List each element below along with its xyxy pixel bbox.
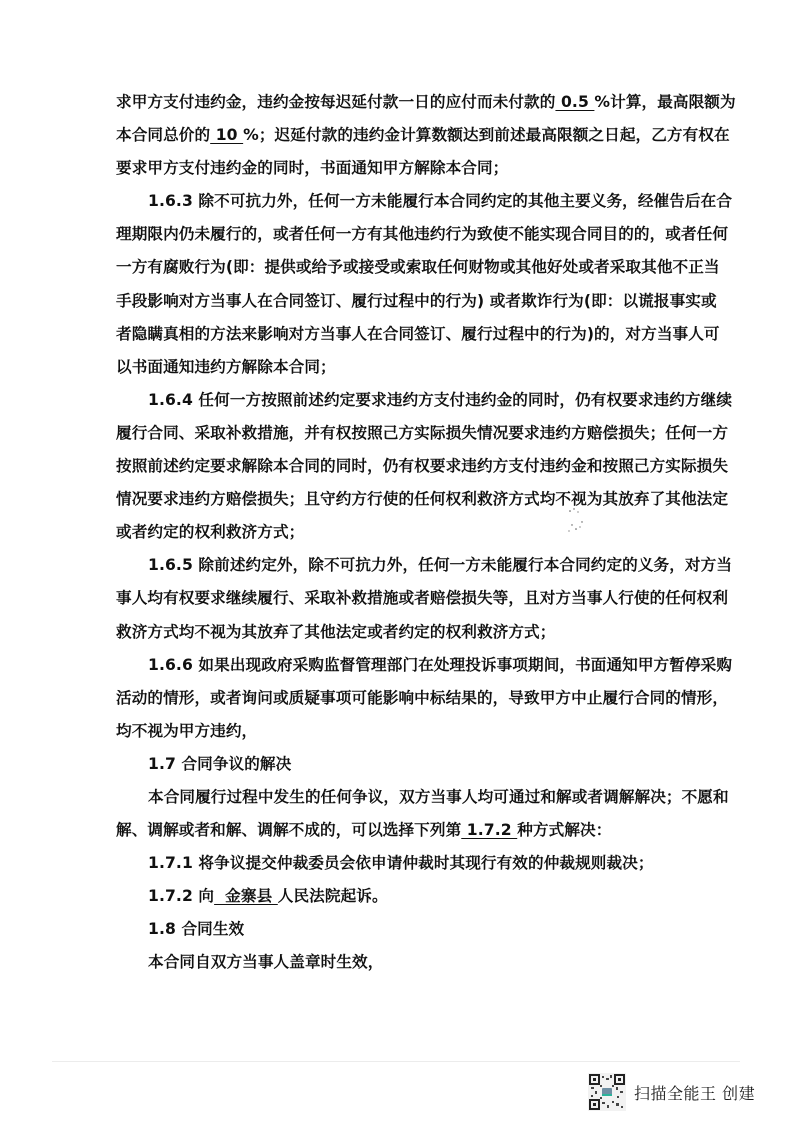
text-line: 事人均有权要求继续履行、采取补救措施或者赔偿损失等，且对方当事人行使的任何权利 <box>116 582 700 615</box>
text-line: 1.6.4 任何一方按照前述约定要求违约方支付违约金的同时，仍有权要求违约方继续 <box>116 384 700 417</box>
text-line: 求甲方支付违约金，违约金按每迟延付款一日的应付而未付款的 0.5 %计算，最高限… <box>116 86 700 119</box>
scan-artifact-mark <box>560 505 600 535</box>
text-run: 手段影响对方当事人在合同签订、履行过程中的行为) 或者欺诈行为(即：以谎报事实或 <box>116 292 717 310</box>
text-run: 1.7.1 将争议提交仲裁委员会依申请仲裁时其现行有效的仲裁规则裁决； <box>148 854 654 872</box>
text-run: 一方有腐败行为(即：提供或给予或接受或索取任何财物或其他好处或者采取其他不正当 <box>116 258 720 276</box>
text-line: 1.7 合同争议的解决 <box>116 748 700 781</box>
text-run: %计算，最高限额为 <box>594 93 735 111</box>
filled-blank-value: 金寨县 <box>214 887 278 905</box>
text-line: 理期限内仍未履行的，或者任何一方有其他违约行为致使不能实现合同目的的，或者任何 <box>116 218 700 251</box>
text-line: 解、调解或者和解、调解不成的，可以选择下列第 1.7.2 种方式解决： <box>116 814 700 847</box>
text-run: 种方式解决： <box>517 821 611 839</box>
text-run: 本合同自双方当事人盖章时生效， <box>148 953 383 971</box>
text-line: 或者约定的权利救济方式； <box>116 516 700 549</box>
text-run: 事人均有权要求继续履行、采取补救措施或者赔偿损失等，且对方当事人行使的任何权利 <box>116 589 728 607</box>
text-run: 人民法院起诉。 <box>278 887 388 905</box>
text-run: 1.6.5 除前述约定外，除不可抗力外，任何一方未能履行本合同约定的义务，对方当 <box>148 556 732 574</box>
scanner-watermark: 扫描全能王 创建 <box>588 1072 755 1112</box>
text-run: 1.7 合同争议的解决 <box>148 755 291 773</box>
text-run: 本合同总价的 <box>116 126 210 144</box>
text-run: 解、调解或者和解、调解不成的，可以选择下列第 <box>116 821 461 839</box>
filled-blank-value: 10 <box>210 126 243 144</box>
text-line: 1.7.1 将争议提交仲裁委员会依申请仲裁时其现行有效的仲裁规则裁决； <box>116 847 700 880</box>
text-run: 1.6.3 除不可抗力外，任何一方未能履行本合同约定的其他主要义务，经催告后在合 <box>148 192 732 210</box>
text-run: %；迟延付款的违约金计算数额达到前述最高限额之日起，乙方有权在 <box>243 126 730 144</box>
text-run: 1.6.4 任何一方按照前述约定要求违约方支付违约金的同时，仍有权要求违约方继续 <box>148 391 732 409</box>
text-run: 求甲方支付违约金，违约金按每迟延付款一日的应付而未付款的 <box>116 93 555 111</box>
text-run: 按照前述约定要求解除本合同的同时，仍有权要求违约方支付违约金和按照己方实际损失 <box>116 457 728 475</box>
text-run: 均不视为甲方违约， <box>116 722 257 740</box>
text-line: 情况要求违约方赔偿损失；且守约方行使的任何权利救济方式均不视为其放弃了其他法定 <box>116 483 700 516</box>
text-line: 本合同自双方当事人盖章时生效， <box>116 946 700 979</box>
qr-code-icon <box>588 1073 626 1111</box>
text-run: 者隐瞒真相的方法来影响对方当事人在合同签订、履行过程中的行为)的，对方当事人可 <box>116 325 720 343</box>
text-line: 履行合同、采取补救措施，并有权按照己方实际损失情况要求违约方赔偿损失；任何一方 <box>116 417 700 450</box>
text-line: 要求甲方支付违约金的同时，书面通知甲方解除本合同； <box>116 152 700 185</box>
text-line: 1.7.2 向 金寨县 人民法院起诉。 <box>116 880 700 913</box>
text-line: 救济方式均不视为其放弃了其他法定或者约定的权利救济方式； <box>116 616 700 649</box>
scanned-contract-page: 求甲方支付违约金，违约金按每迟延付款一日的应付而未付款的 0.5 %计算，最高限… <box>0 0 793 1122</box>
text-run: 履行合同、采取补救措施，并有权按照己方实际损失情况要求违约方赔偿损失；任何一方 <box>116 424 728 442</box>
text-line: 1.6.3 除不可抗力外，任何一方未能履行本合同约定的其他主要义务，经催告后在合 <box>116 185 700 218</box>
text-line: 者隐瞒真相的方法来影响对方当事人在合同签订、履行过程中的行为)的，对方当事人可 <box>116 318 700 351</box>
text-line: 手段影响对方当事人在合同签订、履行过程中的行为) 或者欺诈行为(即：以谎报事实或 <box>116 285 700 318</box>
text-run: 救济方式均不视为其放弃了其他法定或者约定的权利救济方式； <box>116 623 555 641</box>
text-run: 1.7.2 向 <box>148 887 214 905</box>
text-run: 活动的情形，或者询问或质疑事项可能影响中标结果的，导致甲方中止履行合同的情形， <box>116 689 728 707</box>
text-run: 理期限内仍未履行的，或者任何一方有其他违约行为致使不能实现合同目的的，或者任何 <box>116 225 728 243</box>
text-line: 1.6.6 如果出现政府采购监督管理部门在处理投诉事项期间，书面通知甲方暂停采购 <box>116 649 700 682</box>
text-line: 本合同总价的 10 %；迟延付款的违约金计算数额达到前述最高限额之日起，乙方有权… <box>116 119 700 152</box>
text-line: 1.6.5 除前述约定外，除不可抗力外，任何一方未能履行本合同约定的义务，对方当 <box>116 549 700 582</box>
text-line: 按照前述约定要求解除本合同的同时，仍有权要求违约方支付违约金和按照己方实际损失 <box>116 450 700 483</box>
text-run: 1.6.6 如果出现政府采购监督管理部门在处理投诉事项期间，书面通知甲方暂停采购 <box>148 656 732 674</box>
filled-blank-value: 0.5 <box>555 93 594 111</box>
text-run: 情况要求违约方赔偿损失；且守约方行使的任何权利救济方式均不视为其放弃了其他法定 <box>116 490 728 508</box>
text-line: 均不视为甲方违约， <box>116 715 700 748</box>
text-line: 本合同履行过程中发生的任何争议，双方当事人均可通过和解或者调解解决；不愿和 <box>116 781 700 814</box>
text-line: 一方有腐败行为(即：提供或给予或接受或索取任何财物或其他好处或者采取其他不正当 <box>116 251 700 284</box>
filled-blank-value: 1.7.2 <box>461 821 517 839</box>
page-footer-divider <box>52 1061 740 1062</box>
text-line: 活动的情形，或者询问或质疑事项可能影响中标结果的，导致甲方中止履行合同的情形， <box>116 682 700 715</box>
text-run: 或者约定的权利救济方式； <box>116 523 304 541</box>
text-run: 1.8 合同生效 <box>148 920 244 938</box>
contract-body: 求甲方支付违约金，违约金按每迟延付款一日的应付而未付款的 0.5 %计算，最高限… <box>116 86 700 980</box>
text-run: 以书面通知违约方解除本合同； <box>116 358 336 376</box>
text-run: 本合同履行过程中发生的任何争议，双方当事人均可通过和解或者调解解决；不愿和 <box>148 788 729 806</box>
scanner-brand-label: 扫描全能王 创建 <box>634 1081 755 1104</box>
text-line: 1.8 合同生效 <box>116 913 700 946</box>
text-run: 要求甲方支付违约金的同时，书面通知甲方解除本合同； <box>116 159 508 177</box>
text-line: 以书面通知违约方解除本合同； <box>116 351 700 384</box>
